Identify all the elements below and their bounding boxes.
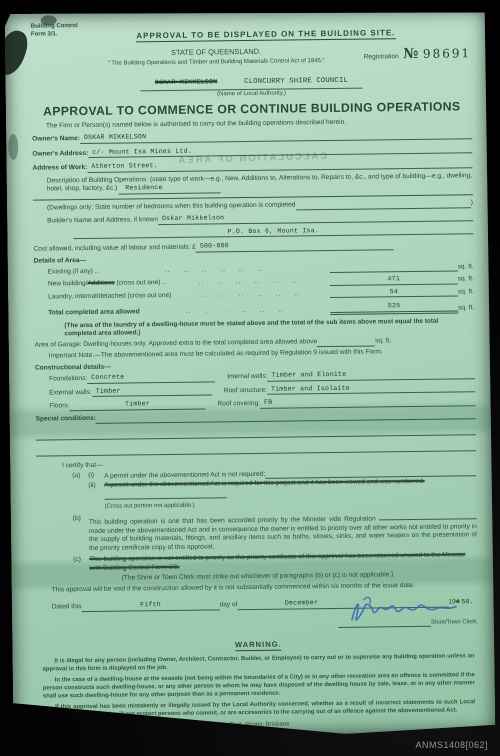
roof-structure-label: Roof structure: — [224, 386, 267, 395]
registration-block: Registration № 98691 — [331, 44, 471, 65]
warning-p1: It is illegal for any person (including … — [42, 653, 474, 674]
area-new-label: New building/Additions (cross out one) .… — [48, 279, 166, 289]
registration-number: 98691 — [423, 46, 471, 61]
site-notice: APPROVAL TO BE DISPLAYED ON THE BUILDING… — [136, 28, 395, 42]
area-laundry-value: 54 — [330, 287, 458, 298]
local-authority: CLONCURRY SHIRE COUNCIL — [244, 77, 348, 86]
cost-value: 500-800 — [196, 240, 394, 252]
area-existing-value — [330, 263, 458, 274]
area-new-value: 471 — [330, 275, 458, 286]
work-address-value: Atherton Street. — [87, 161, 235, 172]
dated-label: Dated this — [52, 604, 82, 613]
area-existing-label: Existing (if any) .. — [48, 268, 99, 277]
bedrooms-line: (Dwellings only: State number of bedroom… — [47, 202, 296, 214]
intro-text: The Firm or Person(s) named below is aut… — [32, 117, 472, 131]
owner-name-value: OSKAR MIKKELSON — [80, 132, 238, 143]
day-of-label: day of — [219, 602, 237, 611]
internal-walls-value: Timber and Elonite — [267, 369, 475, 381]
builder-address: P.O. Box 6, Mount Isa. — [73, 225, 473, 239]
special-conditions-label: Special conditions: — [36, 415, 97, 424]
area-laundry-label: Laundry, internal/detached (cross out on… — [48, 292, 172, 302]
cost-label: Cost allowed, including value all labour… — [33, 244, 195, 255]
external-walls-label: External walls: — [49, 389, 92, 398]
printer-credit: Govt. Printer, Brisbane — [39, 719, 479, 732]
builder-name: Oskar Mikkelson — [158, 213, 316, 224]
foundations-label: Foundations: — [49, 375, 87, 384]
form-document: CALCULATION OF AREA Building Control For… — [5, 8, 496, 738]
roof-covering-label: Roof covering: — [217, 400, 260, 409]
areas-note: (The area of the laundry of a dwelling-h… — [34, 317, 474, 338]
cert-c-struck: This building operation is not entitled … — [89, 552, 465, 572]
date-day: Fifth — [81, 601, 219, 612]
warning-p2: In the case of a dwelling-house at the s… — [43, 673, 475, 701]
external-walls-value: Timber — [92, 386, 212, 397]
builder-label: Builder's Name and Address, if known — [47, 216, 158, 226]
work-address-label: Address of Work: — [32, 164, 87, 173]
warning-heading: WARNING. — [235, 640, 282, 652]
internal-walls-label: Internal walls: — [227, 373, 267, 382]
description-value: Residence — [119, 184, 221, 195]
description-label: Description of Building Operations: (sta… — [47, 172, 473, 193]
floors-value: Timber — [69, 400, 205, 411]
act-citation: “ The Building Operations and Timber and… — [101, 58, 331, 68]
form-code: Building Control Form 3/1. — [31, 23, 101, 39]
roof-structure-value: Timber and Isolaite — [267, 383, 475, 395]
catalog-number: ANMS1408[062] — [415, 740, 488, 750]
area-total-value: 525 — [330, 302, 458, 315]
page-title: APPROVAL TO COMMENCE OR CONTINUE BUILDIN… — [32, 99, 472, 118]
struck-owner-name: OSKAR MIKKELSON — [155, 79, 217, 87]
photo-background: CALCULATION OF AREA Building Control For… — [0, 0, 500, 756]
warning-p3: If this approval has been mistakenly or … — [43, 700, 475, 721]
roof-covering-value: FB — [260, 396, 475, 408]
no-symbol: № — [403, 46, 418, 62]
owner-address-value: c/- Mount Isa Mines Ltd. — [88, 147, 256, 159]
area-total-label: Total completed area allowed — [48, 309, 140, 319]
clerk-signature — [344, 592, 464, 627]
owner-address-label: Owner's Address: — [32, 150, 88, 159]
state-line: STATE OF QUEENSLAND. — [101, 46, 331, 58]
foundations-value: Concrete — [87, 372, 215, 383]
cert-b-text: This building operation is one that has … — [89, 510, 477, 553]
owner-name-label: Owner's Name: — [32, 135, 80, 144]
floors-label: Floors: — [49, 402, 69, 411]
